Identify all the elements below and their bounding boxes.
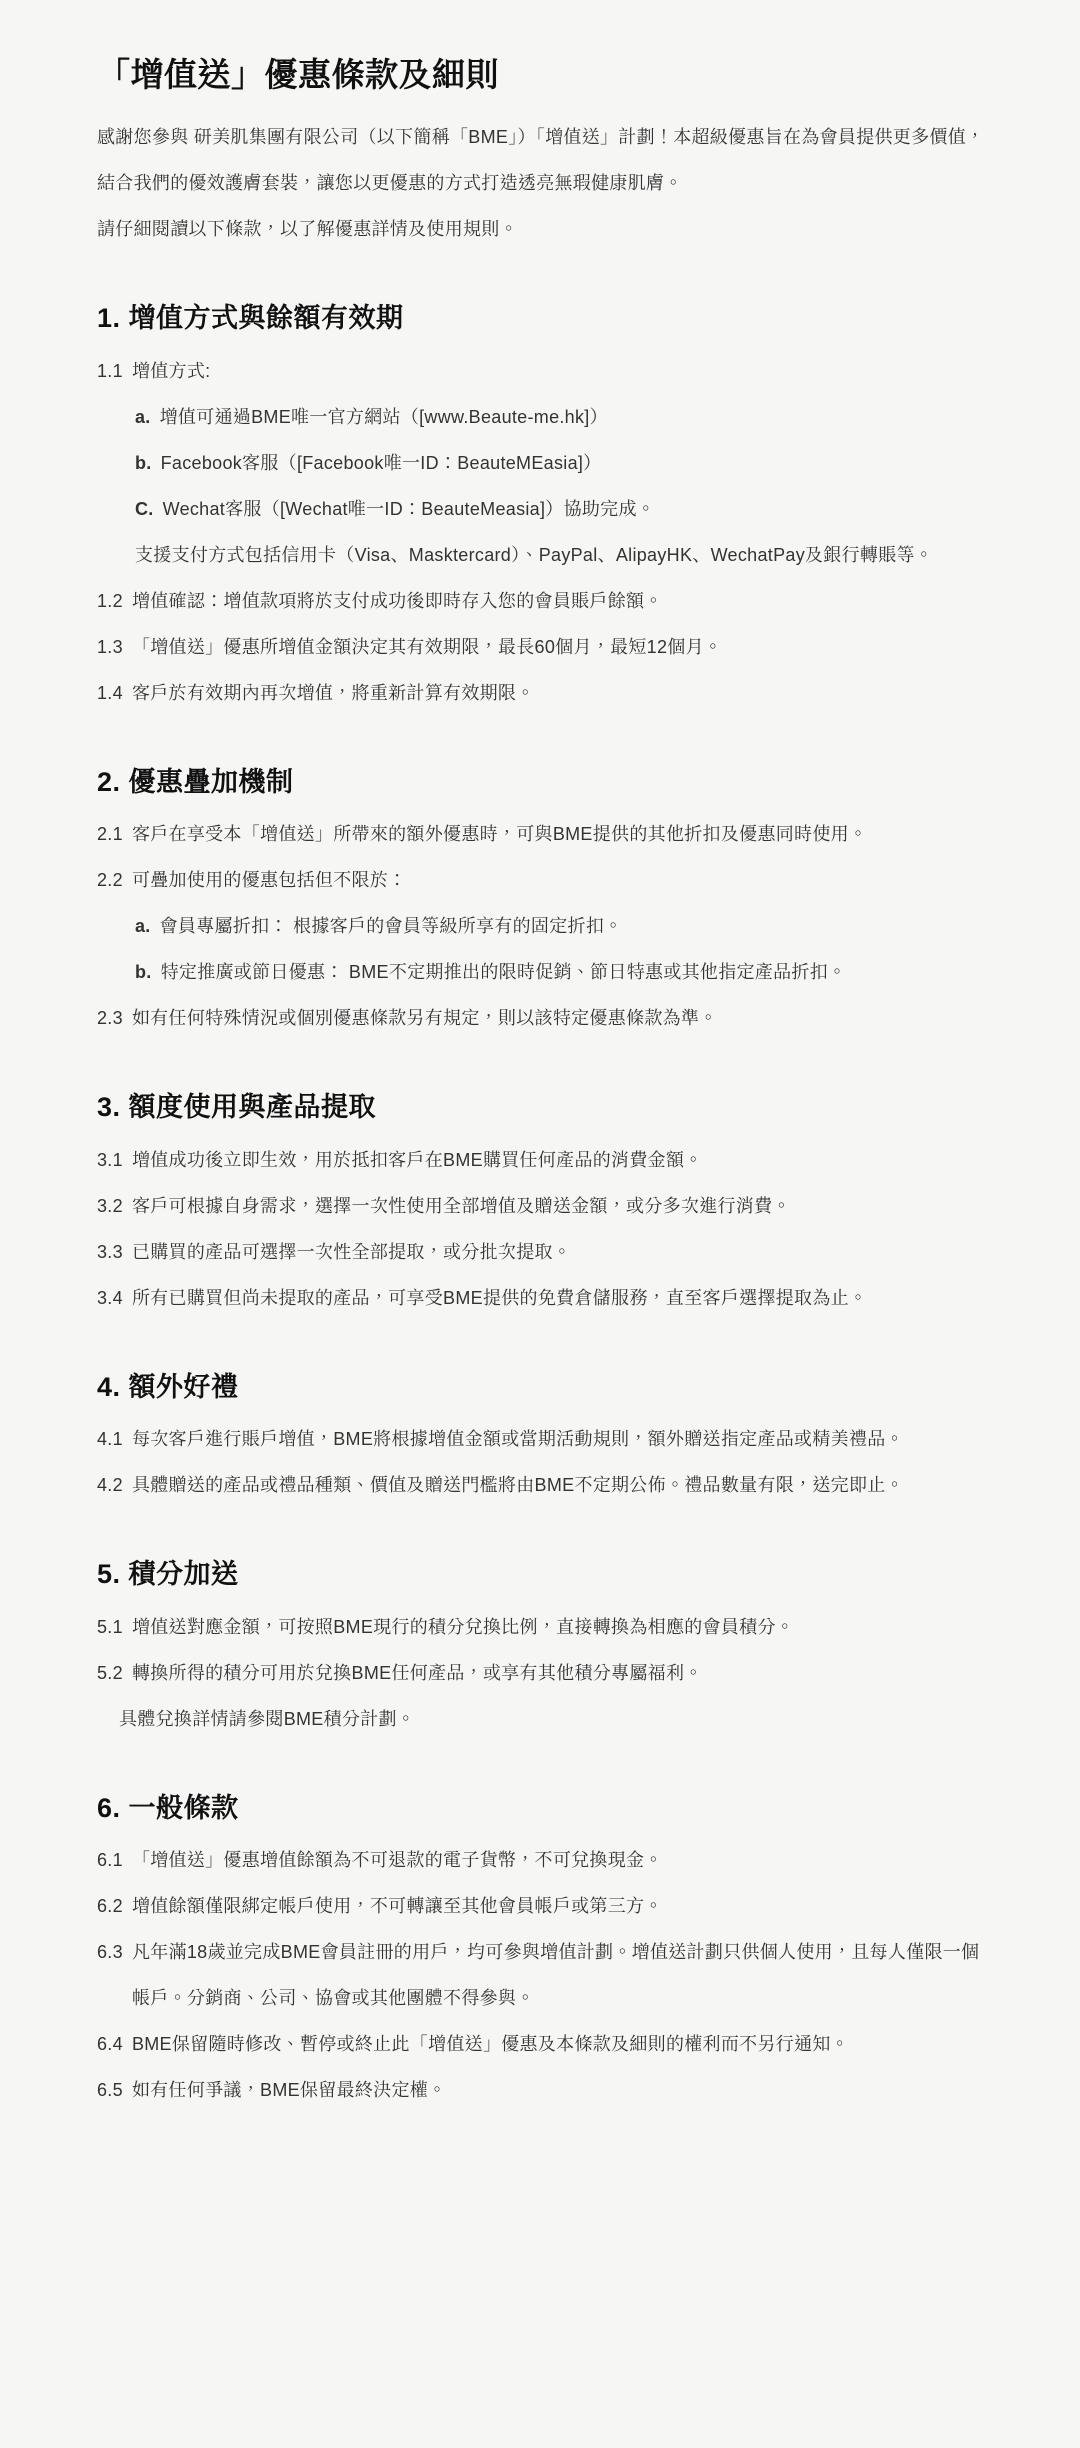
- term-item-prefix: 3.1: [97, 1137, 123, 1183]
- term-item-prefix: 4.2: [97, 1462, 123, 1508]
- term-item: a.會員專屬折扣： 根據客戶的會員等級所享有的固定折扣。: [97, 903, 990, 949]
- intro-paragraph-2: 請仔細閱讀以下條款，以了解優惠詳情及使用規則。: [97, 206, 990, 252]
- term-item-prefix: 5.2: [97, 1650, 123, 1696]
- term-item: 2.3如有任何特殊情況或個別優惠條款另有規定，則以該特定優惠條款為準。: [97, 995, 990, 1041]
- term-item-prefix: C.: [135, 486, 154, 532]
- term-item-prefix: 3.2: [97, 1183, 123, 1229]
- term-item: b.特定推廣或節日優惠： BME不定期推出的限時促銷、節日特惠或其他指定產品折扣…: [97, 949, 990, 995]
- term-item-text: 如有任何爭議，BME保留最終決定權。: [132, 2067, 990, 2113]
- term-item-text: 增值方式:: [132, 348, 990, 394]
- term-item-prefix: 2.2: [97, 857, 123, 903]
- term-item: 2.2可疊加使用的優惠包括但不限於：: [97, 857, 990, 903]
- term-item-text: BME保留隨時修改、暫停或終止此「增值送」優惠及本條款及細則的權利而不另行通知。: [132, 2021, 990, 2067]
- term-item: 3.2客戶可根據自身需求，選擇一次性使用全部增值及贈送金額，或分多次進行消費。: [97, 1183, 990, 1229]
- term-item: 3.4所有已購買但尚未提取的產品，可享受BME提供的免費倉儲服務，直至客戶選擇提…: [97, 1275, 990, 1321]
- term-item-prefix: 1.4: [97, 670, 123, 716]
- section-heading-4: 4. 額外好禮: [97, 1367, 990, 1408]
- term-item-prefix: 1.3: [97, 624, 123, 670]
- section-heading-3: 3. 額度使用與產品提取: [97, 1087, 990, 1128]
- term-item-text: 增值成功後立即生效，用於抵扣客戶在BME購買任何產品的消費金額。: [132, 1137, 990, 1183]
- term-item-prefix: b.: [135, 949, 152, 995]
- term-item-text: 特定推廣或節日優惠： BME不定期推出的限時促銷、節日特惠或其他指定產品折扣。: [161, 949, 990, 995]
- term-item: 1.2增值確認：增值款項將於支付成功後即時存入您的會員賬戶餘額。: [97, 578, 990, 624]
- term-item-text: Facebook客服（[Facebook唯一ID：BeauteMEasia]）: [161, 440, 990, 486]
- term-item-text: 具體兌換詳情請參閱BME積分計劃。: [119, 1696, 990, 1742]
- term-item-text: 會員專屬折扣： 根據客戶的會員等級所享有的固定折扣。: [160, 903, 990, 949]
- term-item-text: 可疊加使用的優惠包括但不限於：: [132, 857, 990, 903]
- term-item-prefix: 6.3: [97, 1929, 123, 1975]
- term-item-text: 增值餘額僅限綁定帳戶使用，不可轉讓至其他會員帳戶或第三方。: [132, 1883, 990, 1929]
- term-item: 6.5如有任何爭議，BME保留最終決定權。: [97, 2067, 990, 2113]
- term-item-prefix: 6.5: [97, 2067, 123, 2113]
- term-item-prefix: b.: [135, 440, 152, 486]
- intro-paragraphs: 感謝您參與 研美肌集團有限公司（以下簡稱「BME」）「增值送」計劃！本超級優惠旨…: [97, 114, 990, 252]
- term-item: 1.4客戶於有效期內再次增值，將重新計算有效期限。: [97, 670, 990, 716]
- term-item: 6.3凡年滿18歲並完成BME會員註冊的用戶，均可參與增值計劃。增值送計劃只供個…: [97, 1929, 990, 2021]
- term-item: C.Wechat客服（[Wechat唯一ID：BeauteMeasia]）協助完…: [97, 486, 990, 532]
- term-item-text: 支援支付方式包括信用卡（Visa、Masktercard）、PayPal、Ali…: [135, 532, 990, 578]
- term-item: 5.1增值送對應金額，可按照BME現行的積分兌換比例，直接轉換為相應的會員積分。: [97, 1604, 990, 1650]
- section-heading-6: 6. 一般條款: [97, 1788, 990, 1829]
- page-title: 「增值送」優惠條款及細則: [97, 52, 990, 98]
- term-item-text: 凡年滿18歲並完成BME會員註冊的用戶，均可參與增值計劃。增值送計劃只供個人使用…: [132, 1929, 990, 2021]
- term-item-prefix: 2.1: [97, 811, 123, 857]
- term-item-prefix: a.: [135, 903, 151, 949]
- term-item-text: 增值送對應金額，可按照BME現行的積分兌換比例，直接轉換為相應的會員積分。: [132, 1604, 990, 1650]
- term-item-text: 所有已購買但尚未提取的產品，可享受BME提供的免費倉儲服務，直至客戶選擇提取為止…: [132, 1275, 990, 1321]
- term-item-text: 客戶可根據自身需求，選擇一次性使用全部增值及贈送金額，或分多次進行消費。: [132, 1183, 990, 1229]
- term-item: b.Facebook客服（[Facebook唯一ID：BeauteMEasia]…: [97, 440, 990, 486]
- term-item: 6.1「增值送」優惠增值餘額為不可退款的電子貨幣，不可兌換現金。: [97, 1837, 990, 1883]
- term-item: 支援支付方式包括信用卡（Visa、Masktercard）、PayPal、Ali…: [97, 532, 990, 578]
- term-item-text: 「增值送」優惠增值餘額為不可退款的電子貨幣，不可兌換現金。: [132, 1837, 990, 1883]
- term-item: 3.3已購買的產品可選擇一次性全部提取，或分批次提取。: [97, 1229, 990, 1275]
- term-item-text: 「增值送」優惠所增值金額決定其有效期限，最長60個月，最短12個月。: [132, 624, 990, 670]
- term-item: 6.2增值餘額僅限綁定帳戶使用，不可轉讓至其他會員帳戶或第三方。: [97, 1883, 990, 1929]
- term-item: 2.1客戶在享受本「增值送」所帶來的額外優惠時，可與BME提供的其他折扣及優惠同…: [97, 811, 990, 857]
- term-item: 1.1增值方式:: [97, 348, 990, 394]
- term-item: 5.2轉換所得的積分可用於兌換BME任何產品，或享有其他積分專屬福利。: [97, 1650, 990, 1696]
- section-heading-5: 5. 積分加送: [97, 1554, 990, 1595]
- section-heading-2: 2. 優惠疊加機制: [97, 762, 990, 803]
- term-item-text: 增值確認：增值款項將於支付成功後即時存入您的會員賬戶餘額。: [132, 578, 990, 624]
- term-item-prefix: 5.1: [97, 1604, 123, 1650]
- terms-sections: 1. 增值方式與餘額有效期1.1增值方式:a.增值可通過BME唯一官方網站（[w…: [97, 298, 990, 2113]
- term-item-text: 客戶在享受本「增值送」所帶來的額外優惠時，可與BME提供的其他折扣及優惠同時使用…: [132, 811, 990, 857]
- terms-page: 「增值送」優惠條款及細則 感謝您參與 研美肌集團有限公司（以下簡稱「BME」）「…: [0, 0, 1080, 2448]
- term-item: 1.3「增值送」優惠所增值金額決定其有效期限，最長60個月，最短12個月。: [97, 624, 990, 670]
- term-item-prefix: 4.1: [97, 1416, 123, 1462]
- term-item: 6.4BME保留隨時修改、暫停或終止此「增值送」優惠及本條款及細則的權利而不另行…: [97, 2021, 990, 2067]
- term-item-text: 客戶於有效期內再次增值，將重新計算有效期限。: [132, 670, 990, 716]
- term-item-prefix: 6.4: [97, 2021, 123, 2067]
- section-heading-1: 1. 增值方式與餘額有效期: [97, 298, 990, 339]
- term-item: 3.1增值成功後立即生效，用於抵扣客戶在BME購買任何產品的消費金額。: [97, 1137, 990, 1183]
- term-item-text: 已購買的產品可選擇一次性全部提取，或分批次提取。: [132, 1229, 990, 1275]
- term-item: 4.2具體贈送的產品或禮品種類、價值及贈送門檻將由BME不定期公佈。禮品數量有限…: [97, 1462, 990, 1508]
- term-item-text: 轉換所得的積分可用於兌換BME任何產品，或享有其他積分專屬福利。: [132, 1650, 990, 1696]
- term-item-prefix: 6.2: [97, 1883, 123, 1929]
- term-item-prefix: 2.3: [97, 995, 123, 1041]
- term-item-text: 具體贈送的產品或禮品種類、價值及贈送門檻將由BME不定期公佈。禮品數量有限，送完…: [132, 1462, 990, 1508]
- term-item: a.增值可通過BME唯一官方網站（[www.Beaute-me.hk]）: [97, 394, 990, 440]
- intro-paragraph-1: 感謝您參與 研美肌集團有限公司（以下簡稱「BME」）「增值送」計劃！本超級優惠旨…: [97, 114, 990, 206]
- term-item-text: Wechat客服（[Wechat唯一ID：BeauteMeasia]）協助完成。: [163, 486, 990, 532]
- term-item-text: 如有任何特殊情況或個別優惠條款另有規定，則以該特定優惠條款為準。: [132, 995, 990, 1041]
- term-item: 4.1每次客戶進行賬戶增值，BME將根據增值金額或當期活動規則，額外贈送指定產品…: [97, 1416, 990, 1462]
- term-item-prefix: 1.2: [97, 578, 123, 624]
- term-item-prefix: 6.1: [97, 1837, 123, 1883]
- term-item-prefix: a.: [135, 394, 151, 440]
- term-item-prefix: 3.4: [97, 1275, 123, 1321]
- term-item-text: 增值可通過BME唯一官方網站（[www.Beaute-me.hk]）: [160, 394, 990, 440]
- term-item-text: 每次客戶進行賬戶增值，BME將根據增值金額或當期活動規則，額外贈送指定產品或精美…: [132, 1416, 990, 1462]
- term-item-prefix: 1.1: [97, 348, 123, 394]
- term-item: 具體兌換詳情請參閱BME積分計劃。: [97, 1696, 990, 1742]
- term-item-prefix: 3.3: [97, 1229, 123, 1275]
